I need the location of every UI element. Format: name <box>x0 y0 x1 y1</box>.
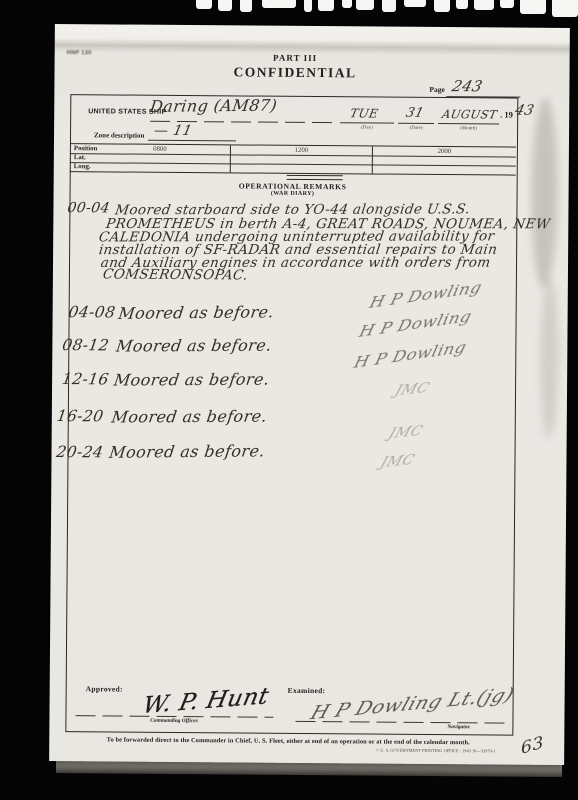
position-table: Position 0800 1200 2000 Lat. Long. <box>70 143 516 176</box>
row-lat: Lat. <box>74 154 86 161</box>
film-mark <box>474 0 494 10</box>
film-mark <box>262 0 296 8</box>
zone-label: Zone description <box>94 131 144 139</box>
corner-annotation-handwritten: 63 <box>520 733 545 759</box>
month-caption: (Month) <box>438 125 499 130</box>
entry-text: Moored as before. <box>115 336 273 356</box>
film-mark <box>434 0 450 12</box>
date-caption: (Date) <box>398 125 434 130</box>
film-mark <box>218 0 232 11</box>
row-long: Long. <box>74 163 91 170</box>
section-divider <box>287 175 343 180</box>
scan-smudge <box>531 98 558 288</box>
classification-heading: CONFIDENTIAL <box>70 63 519 83</box>
film-mark <box>240 0 252 12</box>
part-heading: PART III <box>71 51 520 65</box>
entry-text: Moored as before. <box>117 302 275 322</box>
entry-time: 08-12 <box>61 336 110 354</box>
col-2000: 2000 <box>373 147 516 155</box>
col-1200: 1200 <box>231 146 372 154</box>
film-mark <box>304 0 312 12</box>
film-mark <box>456 0 468 9</box>
film-mark <box>520 0 546 14</box>
examined-label: Examined: <box>288 686 326 695</box>
month-handwritten: AUGUST <box>441 107 498 121</box>
page-number-handwritten: 243 <box>450 77 484 95</box>
year-handwritten: 43 <box>513 103 536 119</box>
entry-text: Moored as before. <box>108 441 266 461</box>
entry-time: 12-16 <box>61 370 110 388</box>
col-0800: 0800 <box>130 146 190 153</box>
film-mark <box>318 0 334 11</box>
forwarding-note: To be forwarded direct to the Commander … <box>65 736 511 747</box>
position-header: Position <box>74 145 97 152</box>
scan-smudge <box>540 278 559 438</box>
year-printed: . 19 <box>500 109 513 119</box>
entry-time: 04-08 <box>67 303 116 321</box>
scanned-page-frame: HNP 130 PART III CONFIDENTIAL Page 243 U… <box>0 0 578 800</box>
zone-value-handwritten: — 11 <box>152 123 193 139</box>
day-handwritten: TUE <box>349 106 380 120</box>
entry-time: 16-20 <box>55 407 104 425</box>
entry-text: Moored as before. <box>113 370 271 390</box>
entry-time: 20-24 <box>55 443 104 461</box>
film-mark <box>196 0 212 9</box>
printing-office-line: ☆ U. S. GOVERNMENT PRINTING OFFICE : 194… <box>375 748 495 755</box>
table-row-rule <box>70 162 516 167</box>
film-mark <box>356 0 374 10</box>
entry-time: 00-04 <box>66 200 111 216</box>
war-diary-sheet: HNP 130 PART III CONFIDENTIAL Page 243 U… <box>49 24 570 765</box>
film-mark <box>342 0 352 8</box>
day-caption: (Day) <box>340 124 394 129</box>
approved-label: Approved: <box>86 684 123 693</box>
film-mark <box>382 0 396 12</box>
film-mark <box>552 0 578 17</box>
entry-line: COMSERONSOPAC. <box>102 266 249 283</box>
entry-text: Moored as before. <box>110 407 268 427</box>
film-mark <box>404 0 426 7</box>
ship-name-handwritten: Daring (AM87) <box>149 96 279 116</box>
film-mark <box>500 0 514 8</box>
navigator-caption: Navigator. <box>447 724 470 730</box>
page-label: Page <box>429 85 444 94</box>
